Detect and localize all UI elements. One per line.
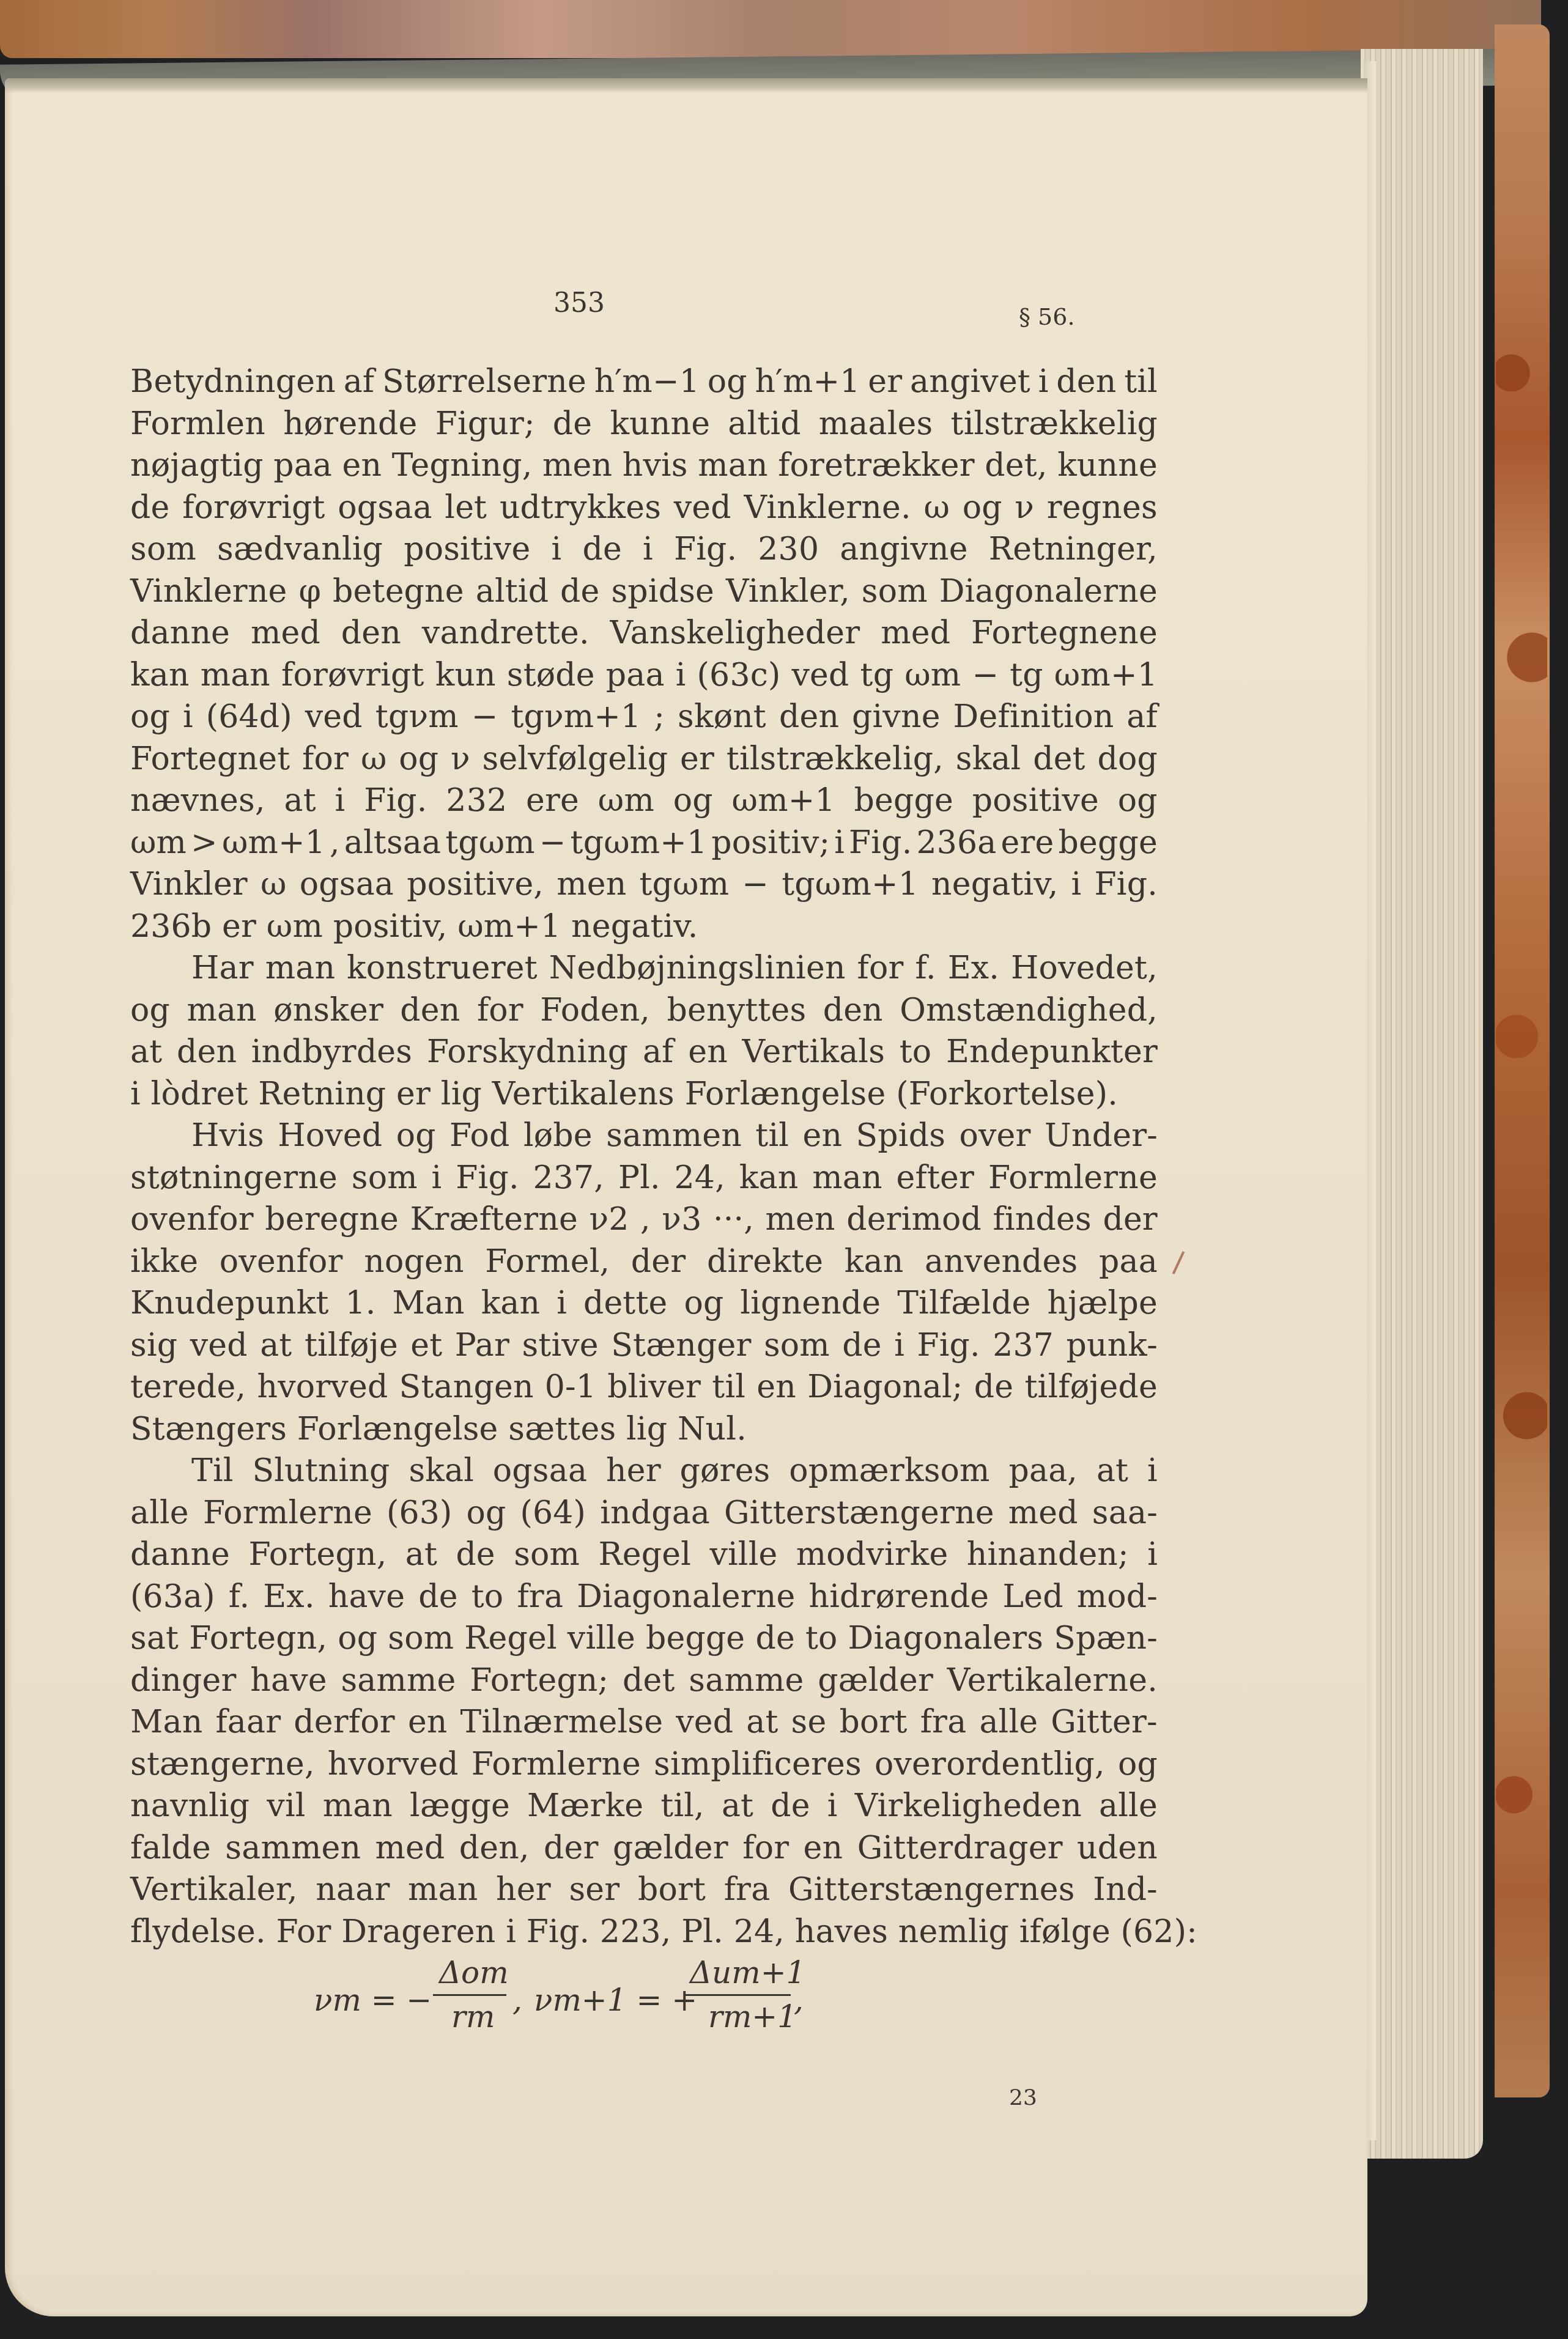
body-text: BetydningenafStørrelserneh′m−1ogh′m+1era… (130, 361, 1158, 1953)
formula-lhs-2: νm+1 = + (534, 1982, 697, 2018)
text-line: Vertikaler,naarmanherserbortfraGitterstæ… (130, 1869, 1158, 1911)
text-line: ωm>ωm+1,altsaatgωm−tgωm+1positiv;iFig.23… (130, 822, 1158, 864)
running-head: 353 § 56. (130, 287, 1158, 361)
book-cover-top (0, 0, 1541, 58)
formula-numerator-2: Δum+1 (690, 1955, 805, 1990)
text-line: somsædvanligpositiveideiFig.230angivneRe… (130, 528, 1158, 571)
text-line: Fortegnetforωogνselvfølgeligertilstrække… (130, 738, 1158, 780)
page-stack-edge (1361, 49, 1483, 2159)
text-line: ikkeovenfornogenFormel,derdirektekananve… (130, 1241, 1158, 1283)
text-line: faldesammenmedden,dergælderforenGitterdr… (130, 1827, 1158, 1869)
fraction-bar-1 (433, 1994, 506, 1996)
page-text-block: 353 § 56. BetydningenafStørrelserneh′m−1… (130, 287, 1158, 2041)
text-line: HvisHovedogFodløbesammentilenSpidsoverUn… (130, 1115, 1158, 1157)
text-line: navnligvilmanlæggeMærketil,atdeiVirkelig… (130, 1785, 1158, 1827)
text-line: atdenindbyrdesForskydningafenVertikalsto… (130, 1031, 1158, 1073)
formula-denominator-1: rm (451, 1999, 495, 2034)
formula-denominator-2: rm+1 (708, 1999, 797, 2034)
text-line: Knudepunkt1.MankanidetteoglignendeTilfæl… (130, 1282, 1158, 1325)
text-line: TilSlutningskalogsaahergøresopmærksompaa… (130, 1450, 1158, 1492)
text-line: sigvedattilføjeetParstiveStængersomdeiFi… (130, 1325, 1158, 1367)
text-line: alleFormlerne(63)og(64)indgaaGitterstæng… (130, 1492, 1158, 1534)
text-line: danneFortegn,atdesomRegelvillemodvirkehi… (130, 1534, 1158, 1576)
section-number: § 56. (1019, 303, 1075, 330)
text-line: Vinklerωogsaapositive,mentgωm−tgωm+1nega… (130, 863, 1158, 906)
text-line: 236b er ωm positiv, ωm+1 negativ. (130, 906, 1158, 948)
formula-end: , (794, 1982, 804, 2018)
text-line: stængerne,hvorvedFormlernesimplificereso… (130, 1743, 1158, 1786)
formula-numerator-1: Δom (439, 1955, 509, 1990)
marbled-cover-pattern (1496, 183, 1547, 2079)
formula-separator: , (512, 1982, 522, 2018)
text-line: flydelse. For Drageren i Fig. 223, Pl. 2… (130, 1911, 1158, 1953)
text-line: ManfaarderforenTilnærmelsevedatsebortfra… (130, 1701, 1158, 1743)
text-line: terede,hvorvedStangen0-1blivertilenDiago… (130, 1366, 1158, 1408)
text-line: satFortegn,ogsomRegelvillebeggedetoDiago… (130, 1617, 1158, 1660)
text-line: støtningernesomiFig.237,Pl.24,kanmanefte… (130, 1157, 1158, 1199)
text-line: nøjagtigpaaenTegning,menhvismanforetrækk… (130, 445, 1158, 487)
formula-lhs-1: νm = − (314, 1982, 432, 2018)
text-line: HarmankonstrueretNedbøjningslinienforf.E… (130, 947, 1158, 989)
text-line: Stængers Forlængelse sættes lig Nul. (130, 1408, 1158, 1450)
text-line: ovenforberegneKræfterneν2,ν3···,menderim… (130, 1199, 1158, 1241)
text-line: ogi(64d)vedtgνm−tgνm+1;skøntdengivneDefi… (130, 696, 1158, 738)
page-top-edge-shadow (5, 78, 1367, 94)
text-line: deforøvrigtogsaaletudtrykkesvedVinklerne… (130, 487, 1158, 529)
text-line: BetydningenafStørrelserneh′m−1ogh′m+1era… (130, 361, 1158, 403)
fraction-bar-2 (684, 1994, 791, 1996)
text-line: kanmanforøvrigtkunstødepaai(63c)vedtgωm−… (130, 654, 1158, 697)
signature-mark: 23 (1009, 2085, 1037, 2110)
page-number: 353 (553, 287, 605, 319)
text-line: ogmanønskerdenforFoden,benyttesdenOmstæn… (130, 989, 1158, 1032)
text-line: dingerhavesammeFortegn;detsammegælderVer… (130, 1660, 1158, 1702)
text-line: VinklerneφbetegnealtiddespidseVinkler,so… (130, 571, 1158, 613)
text-line: (63a)f.Ex.havedetofraDiagonalernehidrøre… (130, 1576, 1158, 1618)
text-line: i lòdret Retning er lig Vertikalens Forl… (130, 1073, 1158, 1115)
text-line: nævnes,atiFig.232ereωmogωm+1beggepositiv… (130, 780, 1158, 822)
text-line: FormlenhørendeFigur;dekunnealtidmaalesti… (130, 403, 1158, 445)
formula-62: νm = − Δom rm , νm+1 = + Δum+1 rm+1 , (130, 1955, 1158, 2041)
text-line: dannemeddenvandrette.VanskelighedermedFo… (130, 612, 1158, 654)
